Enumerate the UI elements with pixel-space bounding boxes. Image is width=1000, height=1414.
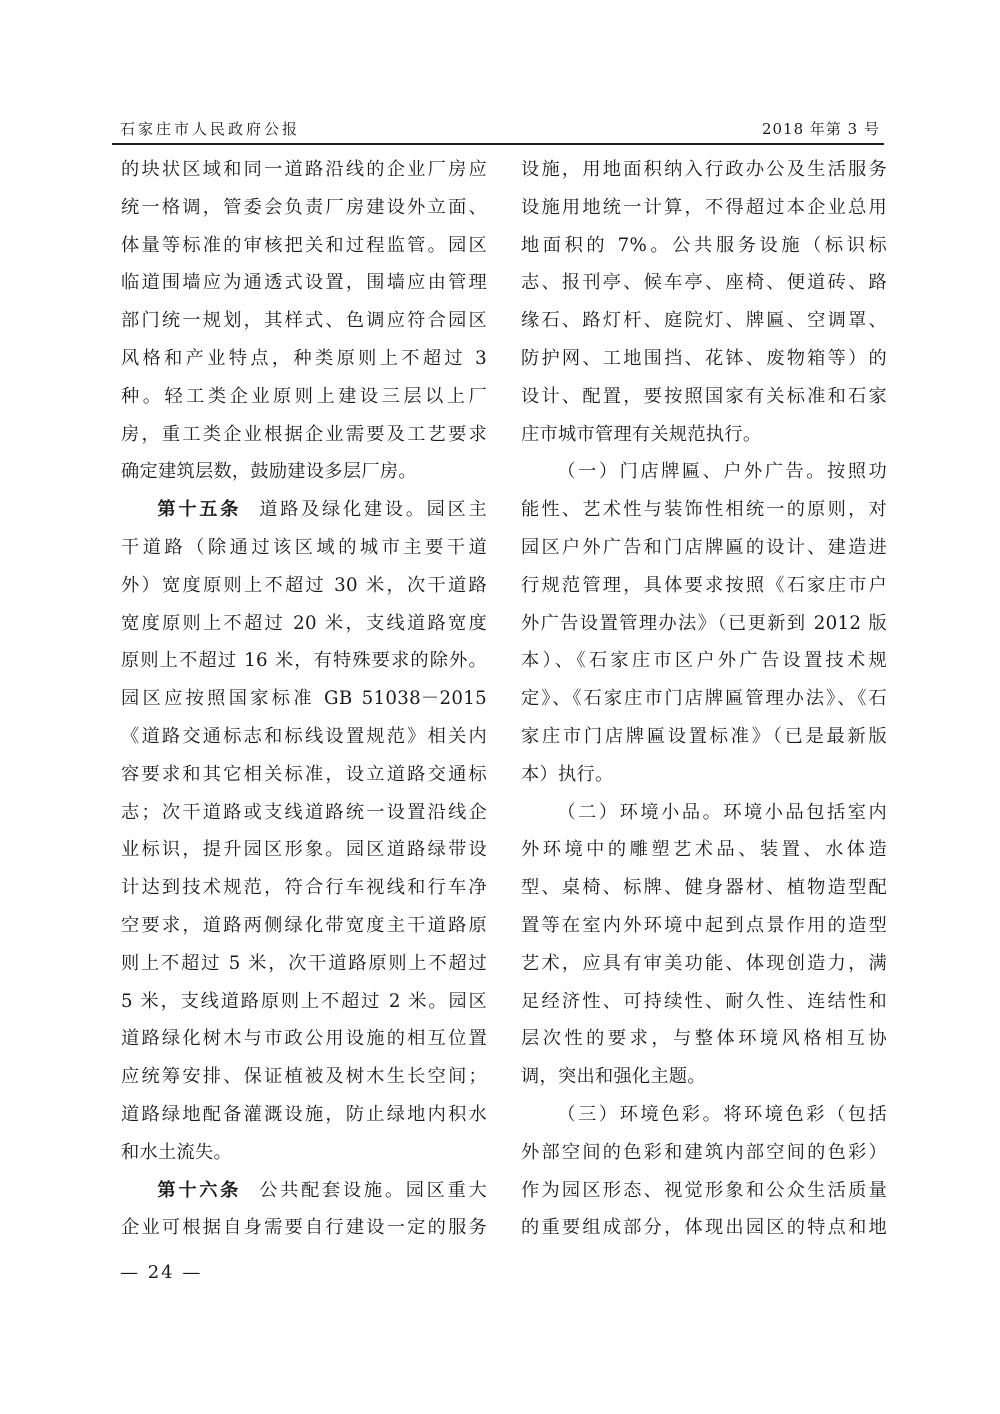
text-line: 地面积的 7%。公共服务设施（标识标	[521, 227, 887, 265]
text-line: 设计、配置，要按照国家有关标准和石家	[521, 378, 887, 416]
text-line: 园区应按照国家标准 GB 51038－2015	[121, 680, 487, 718]
text-line: 宽度原则上不超过 20 米，支线道路宽度	[121, 605, 487, 643]
text-line: 和水土流失。	[121, 1134, 487, 1172]
text-line: 定》、《石家庄市门店牌匾管理办法》、《石	[521, 680, 887, 718]
text-line: 计达到技术规范，符合行车视线和行车净	[121, 869, 487, 907]
text-line: 外广告设置管理办法》（已更新到 2012 版	[521, 605, 887, 643]
text-line: 能性、艺术性与装饰性相统一的原则，对	[521, 491, 887, 529]
paragraph-continued: 设施，用地面积纳入行政办公及生活服务 设施用地统一计算，不得超过本企业总用 地面…	[521, 151, 887, 453]
text-line: 临道围墙应为通透式设置，围墙应由管理	[121, 264, 487, 302]
text-line: 调，突出和强化主题。	[521, 1058, 887, 1096]
article-heading-text: 道路及绿化建设。园区主	[259, 499, 487, 520]
text-line: 设施，用地面积纳入行政办公及生活服务	[521, 151, 887, 189]
text-line: 层次性的要求，与整体环境风格相互协	[521, 1020, 887, 1058]
article-16: 第十六条公共配套设施。园区重大 企业可根据自身需要自行建设一定的服务	[121, 1172, 487, 1248]
text-line: 空要求，道路两侧绿化带宽度主干道路原	[121, 907, 487, 945]
text-line: 外部空间的色彩和建筑内部空间的色彩）	[521, 1134, 887, 1172]
item-3-environment-color: （三）环境色彩。将环境色彩（包括 外部空间的色彩和建筑内部空间的色彩） 作为园区…	[521, 1096, 887, 1247]
text-line: 《道路交通标志和标线设置规范》相关内	[121, 718, 487, 756]
text-line: 体量等标准的审核把关和过程监管。园区	[121, 227, 487, 265]
text-line: 风格和产业特点，种类原则上不超过 3	[121, 340, 487, 378]
text-line: 设施用地统一计算，不得超过本企业总用	[521, 189, 887, 227]
item-first-line: （二）环境小品。环境小品包括室内	[521, 794, 887, 832]
item-2-environment-features: （二）环境小品。环境小品包括室内 外环境中的雕塑艺术品、装置、水体造 型、桌椅、…	[521, 794, 887, 1096]
text-line: 道路绿地配备灌溉设施，防止绿地内积水	[121, 1096, 487, 1134]
text-line: 业标识，提升园区形象。园区道路绿带设	[121, 831, 487, 869]
article-number: 第十六条	[157, 1180, 241, 1201]
text-line: 应统筹安排、保证植被及树木生长空间；	[121, 1058, 487, 1096]
text-line: 外）宽度原则上不超过 30 米，次干道路	[121, 567, 487, 605]
issue-number: 2018 年第 3 号	[762, 118, 880, 139]
left-column: 的块状区域和同一道路沿线的企业厂房应 统一格调，管委会负责厂房建设外立面、 体量…	[121, 151, 487, 1247]
text-line: 确定建筑层数，鼓励建设多层厂房。	[121, 453, 487, 491]
text-line: 本）、《石家庄市区户外广告设置技术规	[521, 642, 887, 680]
text-line: 外环境中的雕塑艺术品、装置、水体造	[521, 831, 887, 869]
text-line: 的块状区域和同一道路沿线的企业厂房应	[121, 151, 487, 189]
text-line: 则上不超过 5 米，次干道路原则上不超过	[121, 945, 487, 983]
right-column: 设施，用地面积纳入行政办公及生活服务 设施用地统一计算，不得超过本企业总用 地面…	[521, 151, 887, 1247]
text-line: 防护网、工地围挡、花钵、废物箱等）的	[521, 340, 887, 378]
article-15: 第十五条道路及绿化建设。园区主 干道路（除通过该区域的城市主要干道 外）宽度原则…	[121, 491, 487, 1171]
text-line: 艺术，应具有审美功能、体现创造力，满	[521, 945, 887, 983]
text-line: 足经济性、可持续性、耐久性、连结性和	[521, 983, 887, 1021]
text-line: 企业可根据自身需要自行建设一定的服务	[121, 1209, 487, 1247]
item-first-line: （一）门店牌匾、户外广告。按照功	[521, 453, 887, 491]
page-number: — 24 —	[120, 1262, 202, 1283]
text-line: 志；次干道路或支线道路统一设置沿线企	[121, 794, 487, 832]
text-line: 作为园区形态、视觉形象和公众生活质量	[521, 1172, 887, 1210]
text-line: 的重要组成部分，体现出园区的特点和地	[521, 1209, 887, 1247]
article-first-line: 第十五条道路及绿化建设。园区主	[121, 491, 487, 529]
text-line: 房，重工类企业根据企业需要及工艺要求	[121, 416, 487, 454]
article-heading-text: 公共配套设施。园区重大	[259, 1180, 487, 1201]
publication-title: 石家庄市人民政府公报	[120, 118, 300, 139]
text-line: 种。轻工类企业原则上建设三层以上厂	[121, 378, 487, 416]
article-first-line: 第十六条公共配套设施。园区重大	[121, 1172, 487, 1210]
item-1-signage-ads: （一）门店牌匾、户外广告。按照功 能性、艺术性与装饰性相统一的原则，对 园区户外…	[521, 453, 887, 793]
text-line: 统一格调，管委会负责厂房建设外立面、	[121, 189, 487, 227]
running-header: 石家庄市人民政府公报 2018 年第 3 号	[118, 114, 882, 144]
text-line: 型、桌椅、标牌、健身器材、植物造型配	[521, 869, 887, 907]
text-line: 缘石、路灯杆、庭院灯、牌匾、空调罩、	[521, 302, 887, 340]
text-line: 庄市城市管理有关规范执行。	[521, 416, 887, 454]
paragraph-continued: 的块状区域和同一道路沿线的企业厂房应 统一格调，管委会负责厂房建设外立面、 体量…	[121, 151, 487, 491]
text-line: 原则上不超过 16 米，有特殊要求的除外。	[121, 642, 487, 680]
text-line: 容要求和其它相关标准，设立道路交通标	[121, 756, 487, 794]
text-line: 家庄市门店牌匾设置标准》（已是最新版	[521, 718, 887, 756]
text-line: 志、报刊亭、候车亭、座椅、便道砖、路	[521, 264, 887, 302]
text-line: 行规范管理，具体要求按照《石家庄市户	[521, 567, 887, 605]
text-line: 置等在室内外环境中起到点景作用的造型	[521, 907, 887, 945]
text-line: 5 米，支线道路原则上不超过 2 米。园区	[121, 983, 487, 1021]
item-first-line: （三）环境色彩。将环境色彩（包括	[521, 1096, 887, 1134]
text-line: 干道路（除通过该区域的城市主要干道	[121, 529, 487, 567]
article-number: 第十五条	[157, 499, 241, 520]
header-divider	[112, 143, 884, 145]
text-line: 部门统一规划，其样式、色调应符合园区	[121, 302, 487, 340]
text-line: 园区户外广告和门店牌匾的设计、建造进	[521, 529, 887, 567]
text-line: 道路绿化树木与市政公用设施的相互位置	[121, 1020, 487, 1058]
text-line: 本）执行。	[521, 756, 887, 794]
